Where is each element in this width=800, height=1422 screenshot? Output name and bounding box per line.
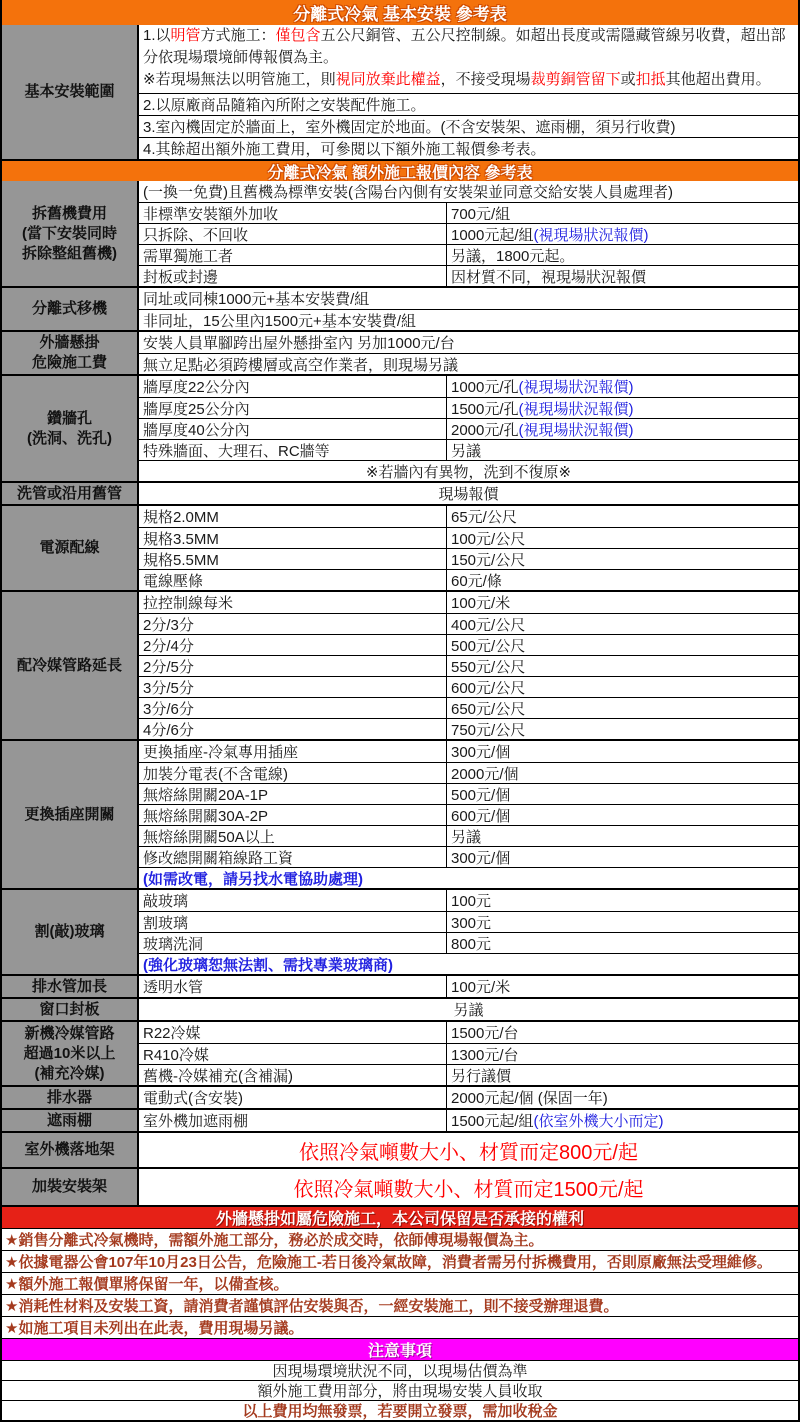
section-label: 排水器 xyxy=(2,1087,139,1108)
table-row: 規格2.0MM65元/公尺 xyxy=(139,506,798,527)
danger-disclaimer-banner: 外牆懸掛如屬危險施工，本公司保留是否承接的權利 xyxy=(2,1205,798,1228)
section-label-line: 割(敲)玻璃 xyxy=(35,922,105,942)
section-label: 排水管加長 xyxy=(2,976,139,997)
table-row: 3分/6分650元/公尺 xyxy=(139,697,798,718)
table-row: 修改總開關箱線路工資300元/個 xyxy=(139,846,798,867)
table-section: 電源配線規格2.0MM65元/公尺規格3.5MM100元/公尺規格5.5MM15… xyxy=(2,504,798,590)
table-row: 2分/4分500元/公尺 xyxy=(139,634,798,655)
section-label-line: 新機冷媒管路 xyxy=(24,1024,114,1044)
table-row: 另議 xyxy=(139,999,798,1020)
item-cell: 割玻璃 xyxy=(139,912,447,932)
text-segment: (視現場狀況報價) xyxy=(519,376,634,397)
section-label-line: (洗洞、洗孔) xyxy=(27,429,112,449)
section-rows: R22冷媒1500元/台R410冷媒1300元/台舊機-冷媒補充(含補漏)另行議… xyxy=(139,1022,798,1085)
star-note: ★如施工項目未列出在此表，費用現場另議。 xyxy=(2,1316,798,1338)
basic-install-table: 基本安裝範圍1.以明管方式施工：僅包含五公尺銅管、五公尺控制線。如超出長度或需隱… xyxy=(2,25,798,159)
section-rows: 電動式(含安裝)2000元起/個 (保固一年) xyxy=(139,1087,798,1108)
item-cell: 規格5.5MM xyxy=(139,549,447,569)
footer-note: 額外施工費用部分，將由現場安裝人員收取 xyxy=(2,1380,798,1400)
price-cell: 1500元/孔(視現場狀況報價) xyxy=(447,398,798,419)
text-segment: 1.以 xyxy=(143,27,171,44)
section-rows: 同址或同棟1000元+基本安裝費/組非同址，15公里內1500元+基本安裝費/組 xyxy=(139,288,798,330)
item-cell: 封板或封邊 xyxy=(139,266,447,286)
section-label-line: 拆除整組舊機) xyxy=(22,244,117,264)
section-label: 電源配線 xyxy=(2,506,139,590)
table-row: 電動式(含安裝)2000元起/個 (保固一年) xyxy=(139,1087,798,1108)
text-segment: (強化玻璃恕無法割、需找專業玻璃商) xyxy=(143,954,393,975)
section-label-line: (當下安裝同時 xyxy=(22,224,117,244)
table-row: 只拆除、不回收1000元起/組 (視現場狀況報價) xyxy=(139,223,798,244)
table-row: 需單獨施工者另議，1800元起。 xyxy=(139,244,798,265)
section-label-line: 基本安裝範圍 xyxy=(24,82,114,102)
item-cell: 規格3.5MM xyxy=(139,528,447,548)
text-segment: 600元/公尺 xyxy=(451,677,525,698)
text-segment: 割玻璃 xyxy=(143,912,188,932)
section-label: 室外機落地架 xyxy=(2,1133,139,1167)
price-cell: 550元/公尺 xyxy=(447,656,798,677)
table-row: 無熔絲開關20A-1P500元/個 xyxy=(139,783,798,804)
price-cell: 另議，1800元起。 xyxy=(447,245,798,266)
table-row: 電線壓條60元/條 xyxy=(139,569,798,590)
table-section: 加裝安裝架依照冷氣噸數大小、材質而定1500元/起 xyxy=(2,1167,798,1205)
table-row: 加裝分電表(不含電線)2000元/個 xyxy=(139,762,798,783)
price-cell: 500元/公尺 xyxy=(447,635,798,656)
text-segment: 舊機-冷媒補充(含補漏) xyxy=(143,1065,293,1085)
item-cell: 非標準安裝額外加收 xyxy=(139,203,447,223)
footer-notes: 因現場環境狀況不同，以現場估價為準額外施工費用部分，將由現場安裝人員收取以上費用… xyxy=(2,1360,798,1420)
text-segment: 800元 xyxy=(451,933,491,954)
text-segment: 無熔絲開關30A-2P xyxy=(143,805,268,825)
text-segment: (如需改電，請另找水電協助處理) xyxy=(143,868,363,889)
table-section: 排水管加長透明水管100元/米 xyxy=(2,974,798,997)
section-label-line: (補充冷媒) xyxy=(35,1064,105,1084)
table-row: 特殊牆面、大理石、RC牆等另議 xyxy=(139,439,798,460)
text-segment: 其他超出費用。 xyxy=(666,71,771,88)
extra-work-table: 拆舊機費用(當下安裝同時拆除整組舊機)(一換一免費)且舊機為標準安裝(含陽台內側… xyxy=(2,181,798,1205)
text-segment: 規格2.0MM xyxy=(143,506,219,527)
table-row: 舊機-冷媒補充(含補漏)另行議價 xyxy=(139,1064,798,1085)
table-row: 玻璃洗洞800元 xyxy=(139,932,798,953)
text-segment: 300元 xyxy=(451,912,491,933)
section-label-line: 窗口封板 xyxy=(39,1000,99,1020)
text-segment: 1500元/台 xyxy=(451,1022,519,1043)
text-segment: 2.以原廠商品隨箱內所附之安裝配件施工。 xyxy=(143,94,426,115)
item-cell: 更換插座-冷氣專用插座 xyxy=(139,741,447,762)
section-rows: 1.以明管方式施工：僅包含五公尺銅管、五公尺控制線。如超出長度或需隱藏管線另收費… xyxy=(139,25,798,159)
star-notes-list: ★銷售分離式冷氣機時，需額外施工部分，務必於成交時，依師傅現場報價為主。★依據電… xyxy=(2,1228,798,1338)
text-segment: 2000元/個 xyxy=(451,763,519,784)
text-segment: 同址或同棟1000元+基本安裝費/組 xyxy=(143,288,369,309)
item-cell: 牆厚度25公分內 xyxy=(139,398,447,418)
text-segment: 更換插座-冷氣專用插座 xyxy=(143,741,298,762)
item-cell: 牆厚度22公分內 xyxy=(139,376,447,397)
text-segment: 依照冷氣噸數大小、材質而定1500元/起 xyxy=(293,1173,643,1202)
price-cell: 因材質不同，視現場狀況報價 xyxy=(447,266,798,287)
text-segment: (依室外機大小而定) xyxy=(534,1110,664,1131)
text-segment: 電線壓條 xyxy=(143,570,203,590)
text-segment: 牆厚度25公分內 xyxy=(143,398,250,418)
section-label-line: 更換插座開關 xyxy=(24,805,114,825)
text-segment: 100元/米 xyxy=(451,592,510,613)
text-segment: 另議 xyxy=(451,826,481,847)
table-section: 窗口封板另議 xyxy=(2,997,798,1020)
item-cell: 拉控制線每米 xyxy=(139,592,447,613)
price-cell: 60元/條 xyxy=(447,570,798,591)
text-segment: 2分/5分 xyxy=(143,656,194,676)
item-cell: 只拆除、不回收 xyxy=(139,224,447,244)
section-label-line: 危險施工費 xyxy=(32,353,107,373)
text-segment: 方式施工： xyxy=(201,27,276,44)
section-label: 更換插座開關 xyxy=(2,741,139,888)
table-row: 現場報價 xyxy=(139,483,798,504)
text-segment: 加裝分電表(不含電線) xyxy=(143,763,288,783)
section-rows: 透明水管100元/米 xyxy=(139,976,798,997)
table-row: 安裝人員單腳跨出屋外懸掛室內 另加1000元/台 xyxy=(139,332,798,353)
table-row: 同址或同棟1000元+基本安裝費/組 xyxy=(139,288,798,309)
text-segment: 3分/6分 xyxy=(143,698,194,718)
text-segment: 4.其餘超出額外施工費用，可參閱以下額外施工報價參考表。 xyxy=(143,138,546,159)
star-note: ★依據電器公會107年10月23日公告，危險施工-若日後冷氣故障，消費者需另付拆… xyxy=(2,1250,798,1272)
text-segment: 100元 xyxy=(451,890,491,911)
text-segment: 因材質不同，視現場狀況報價 xyxy=(451,266,646,287)
item-cell: 規格2.0MM xyxy=(139,506,447,527)
section-label: 鑽牆孔(洗洞、洗孔) xyxy=(2,376,139,481)
text-segment: 1500元起/組 xyxy=(451,1110,534,1131)
section-rows: 規格2.0MM65元/公尺規格3.5MM100元/公尺規格5.5MM150元/公… xyxy=(139,506,798,590)
table-row: (一換一免費)且舊機為標準安裝(含陽台內側有安裝架並同意交給安裝人員處理者) xyxy=(139,181,798,202)
table-row: 規格3.5MM100元/公尺 xyxy=(139,527,798,548)
section-rows: 另議 xyxy=(139,999,798,1020)
price-cell: 2000元起/個 (保固一年) xyxy=(447,1087,798,1108)
text-segment: 另行議價 xyxy=(451,1065,511,1086)
table-row: 規格5.5MM150元/公尺 xyxy=(139,548,798,569)
table-row: 依照冷氣噸數大小、材質而定1500元/起 xyxy=(139,1169,798,1205)
section-rows: 更換插座-冷氣專用插座300元/個加裝分電表(不含電線)2000元/個無熔絲開關… xyxy=(139,741,798,888)
text-segment: (視現場狀況報價) xyxy=(519,419,634,440)
price-cell: 500元/個 xyxy=(447,784,798,805)
text-segment: 非標準安裝額外加收 xyxy=(143,203,278,223)
table-row: 牆厚度40公分內2000元/孔(視現場狀況報價) xyxy=(139,418,798,439)
price-sheet: 分離式冷氣 基本安裝 參考表 基本安裝範圍1.以明管方式施工：僅包含五公尺銅管、… xyxy=(0,0,800,1422)
table-section: 洗管或沿用舊管現場報價 xyxy=(2,481,798,504)
text-segment: 700元/組 xyxy=(451,203,510,224)
text-segment: 2分/3分 xyxy=(143,614,194,634)
text-segment: 300元/個 xyxy=(451,741,510,762)
section-label-line: 外牆懸掛 xyxy=(39,333,99,353)
text-segment: 2分/4分 xyxy=(143,635,194,655)
table-row: 拉控制線每米100元/米 xyxy=(139,592,798,613)
price-cell: 1300元/台 xyxy=(447,1044,798,1065)
item-cell: 玻璃洗洞 xyxy=(139,933,447,953)
text-segment: 60元/條 xyxy=(451,570,502,591)
table-row: 依照冷氣噸數大小、材質而定800元/起 xyxy=(139,1133,798,1167)
text-segment: ，不接受現場 xyxy=(441,71,531,88)
text-segment: 非同址，15公里內1500元+基本安裝費/組 xyxy=(143,310,416,331)
text-segment: 500元/個 xyxy=(451,784,510,805)
text-segment: 無熔絲開關50A以上 xyxy=(143,826,275,846)
text-segment: 敲玻璃 xyxy=(143,890,188,911)
price-cell: 300元/個 xyxy=(447,847,798,868)
text-segment: 規格3.5MM xyxy=(143,528,219,548)
text-segment: 100元/公尺 xyxy=(451,528,525,549)
price-cell: 300元 xyxy=(447,912,798,933)
table-section: 基本安裝範圍1.以明管方式施工：僅包含五公尺銅管、五公尺控制線。如超出長度或需隱… xyxy=(2,25,798,159)
item-cell: 室外機加遮雨棚 xyxy=(139,1110,447,1131)
text-segment: 牆厚度40公分內 xyxy=(143,419,250,439)
price-cell: 100元/米 xyxy=(447,976,798,997)
star-note: ★額外施工報價單將保留一年，以備查核。 xyxy=(2,1272,798,1294)
footer-note: 以上費用均無發票，若要開立發票，需加收稅金 xyxy=(2,1400,798,1420)
table-section: 割(敲)玻璃敲玻璃100元割玻璃300元玻璃洗洞800元(強化玻璃恕無法割、需找… xyxy=(2,888,798,974)
text-segment: 100元/米 xyxy=(451,976,510,997)
text-segment: 另議，1800元起。 xyxy=(451,245,574,266)
item-cell: 敲玻璃 xyxy=(139,890,447,911)
text-segment: 依照冷氣噸數大小、材質而定800元/起 xyxy=(299,1136,638,1165)
price-cell: 100元 xyxy=(447,890,798,911)
price-cell: 600元/個 xyxy=(447,805,798,826)
table-row: R22冷媒1500元/台 xyxy=(139,1022,798,1043)
price-cell: 1000元起/組 (視現場狀況報價) xyxy=(447,224,798,245)
price-cell: 400元/公尺 xyxy=(447,614,798,635)
section-label-line: 電源配線 xyxy=(39,538,99,558)
attention-banner: 注意事項 xyxy=(2,1338,798,1360)
table-row: 無立足點必須跨樓層或高空作業者，則現場另議 xyxy=(139,353,798,374)
text-segment: 600元/個 xyxy=(451,805,510,826)
text-segment: 明管 xyxy=(171,27,201,44)
table-section: 更換插座開關更換插座-冷氣專用插座300元/個加裝分電表(不含電線)2000元/… xyxy=(2,739,798,888)
text-segment: 300元/個 xyxy=(451,847,510,868)
price-cell: 600元/公尺 xyxy=(447,677,798,698)
price-cell: 100元/公尺 xyxy=(447,528,798,549)
text-segment: 裁剪銅管留下 xyxy=(531,71,621,88)
table-row: 1.以明管方式施工：僅包含五公尺銅管、五公尺控制線。如超出長度或需隱藏管線另收費… xyxy=(139,25,798,93)
table-row: 2分/3分400元/公尺 xyxy=(139,613,798,634)
table-section: 排水器電動式(含安裝)2000元起/個 (保固一年) xyxy=(2,1085,798,1108)
price-cell: 800元 xyxy=(447,933,798,954)
text-segment: 500元/公尺 xyxy=(451,635,525,656)
text-segment: 另議 xyxy=(453,999,483,1020)
table-row: (如需改電，請另找水電協助處理) xyxy=(139,867,798,888)
item-cell: 2分/3分 xyxy=(139,614,447,634)
table-row: (強化玻璃恕無法割、需找專業玻璃商) xyxy=(139,953,798,974)
section-label: 窗口封板 xyxy=(2,999,139,1020)
table-row: 4分/6分750元/公尺 xyxy=(139,718,798,739)
text-segment: 只拆除、不回收 xyxy=(143,224,248,244)
table-row: 無熔絲開關30A-2P600元/個 xyxy=(139,804,798,825)
table-row: R410冷媒1300元/台 xyxy=(139,1043,798,1064)
section-label-line: 配冷媒管路延長 xyxy=(17,656,122,676)
text-segment: 電動式(含安裝) xyxy=(143,1087,243,1108)
section-rows: 牆厚度22公分內1000元/孔(視現場狀況報價)牆厚度25公分內1500元/孔(… xyxy=(139,376,798,481)
table-row: 更換插座-冷氣專用插座300元/個 xyxy=(139,741,798,762)
table-section: 分離式移機同址或同棟1000元+基本安裝費/組非同址，15公里內1500元+基本… xyxy=(2,286,798,330)
price-cell: 100元/米 xyxy=(447,592,798,613)
section-label: 新機冷媒管路超過10米以上(補充冷媒) xyxy=(2,1022,139,1085)
text-segment: 需單獨施工者 xyxy=(143,245,233,265)
table-row: 室外機加遮雨棚1500元起/組 (依室外機大小而定) xyxy=(139,1110,798,1131)
item-cell: 舊機-冷媒補充(含補漏) xyxy=(139,1065,447,1085)
section-label-line: 超過10米以上 xyxy=(24,1044,116,1064)
section-label: 拆舊機費用(當下安裝同時拆除整組舊機) xyxy=(2,181,139,286)
price-cell: 2000元/孔(視現場狀況報價) xyxy=(447,419,798,440)
text-segment: 1300元/台 xyxy=(451,1044,519,1065)
price-cell: 650元/公尺 xyxy=(447,698,798,719)
section-label: 基本安裝範圍 xyxy=(2,25,139,159)
text-segment: 無立足點必須跨樓層或高空作業者，則現場另議 xyxy=(143,354,458,375)
item-cell: 2分/4分 xyxy=(139,635,447,655)
item-cell: R410冷媒 xyxy=(139,1044,447,1064)
price-cell: 750元/公尺 xyxy=(447,719,798,740)
section-label: 外牆懸掛危險施工費 xyxy=(2,332,139,374)
section-label-line: 遮雨棚 xyxy=(47,1111,92,1131)
table-section: 外牆懸掛危險施工費安裝人員單腳跨出屋外懸掛室內 另加1000元/台無立足點必須跨… xyxy=(2,330,798,374)
section-rows: 現場報價 xyxy=(139,483,798,504)
table-row: 3分/5分600元/公尺 xyxy=(139,676,798,697)
section-label-line: 排水器 xyxy=(47,1088,92,1108)
text-segment: ※若牆內有異物，洗到不復原※ xyxy=(366,461,571,482)
text-segment: 3分/5分 xyxy=(143,677,194,697)
text-segment: (視現場狀況報價) xyxy=(519,398,634,419)
section-label-line: 室外機落地架 xyxy=(24,1140,114,1160)
item-cell: 無熔絲開關20A-1P xyxy=(139,784,447,804)
item-cell: 無熔絲開關30A-2P xyxy=(139,805,447,825)
section-label-line: 加裝安裝架 xyxy=(32,1177,107,1197)
price-cell: 2000元/個 xyxy=(447,763,798,784)
text-segment: R22冷媒 xyxy=(143,1022,201,1043)
item-cell: 修改總開關箱線路工資 xyxy=(139,847,447,867)
section-label: 割(敲)玻璃 xyxy=(2,890,139,974)
text-segment: 封板或封邊 xyxy=(143,266,218,286)
text-segment: 牆厚度22公分內 xyxy=(143,376,250,397)
section-label: 加裝安裝架 xyxy=(2,1169,139,1205)
table-row: 非標準安裝額外加收700元/組 xyxy=(139,202,798,223)
section-label-line: 排水管加長 xyxy=(32,977,107,997)
section-label: 配冷媒管路延長 xyxy=(2,592,139,739)
extra-work-header: 分離式冷氣 額外施工報價內容 參考表 xyxy=(2,159,798,181)
text-segment: 750元/公尺 xyxy=(451,719,525,740)
item-cell: 電動式(含安裝) xyxy=(139,1087,447,1108)
price-cell: 另議 xyxy=(447,826,798,847)
section-label-line: 鑽牆孔 xyxy=(47,409,92,429)
item-cell: R22冷媒 xyxy=(139,1022,447,1043)
item-cell: 3分/6分 xyxy=(139,698,447,718)
text-segment: 玻璃洗洞 xyxy=(143,933,203,953)
footer-note: 因現場環境狀況不同，以現場估價為準 xyxy=(2,1360,798,1380)
table-row: 4.其餘超出額外施工費用，可參閱以下額外施工報價參考表。 xyxy=(139,137,798,159)
text-segment: 規格5.5MM xyxy=(143,549,219,569)
text-segment: 透明水管 xyxy=(143,976,203,997)
star-note: ★消耗性材料及安裝工資，請消費者謹慎評估安裝與否，一經安裝施工，則不接受辦理退費… xyxy=(2,1294,798,1316)
section-label-line: 拆舊機費用 xyxy=(32,204,107,224)
text-segment: 視同放棄此權益 xyxy=(336,71,441,88)
table-section: 配冷媒管路延長拉控制線每米100元/米2分/3分400元/公尺2分/4分500元… xyxy=(2,590,798,739)
price-cell: 1500元/台 xyxy=(447,1022,798,1043)
item-cell: 特殊牆面、大理石、RC牆等 xyxy=(139,440,447,460)
text-segment: 或 xyxy=(621,71,636,88)
table-section: 新機冷媒管路超過10米以上(補充冷媒)R22冷媒1500元/台R410冷媒130… xyxy=(2,1020,798,1085)
table-section: 鑽牆孔(洗洞、洗孔)牆厚度22公分內1000元/孔(視現場狀況報價)牆厚度25公… xyxy=(2,374,798,481)
table-row: 2分/5分550元/公尺 xyxy=(139,655,798,676)
price-cell: 150元/公尺 xyxy=(447,549,798,570)
text-segment: 650元/公尺 xyxy=(451,698,525,719)
table-section: 室外機落地架依照冷氣噸數大小、材質而定800元/起 xyxy=(2,1131,798,1167)
text-segment: 1500元/孔 xyxy=(451,398,519,419)
text-segment: 2000元起/個 (保固一年) xyxy=(451,1087,608,1108)
item-cell: 電線壓條 xyxy=(139,570,447,590)
section-label-line: 分離式移機 xyxy=(32,299,107,319)
text-segment: 無熔絲開關20A-1P xyxy=(143,784,268,804)
item-cell: 加裝分電表(不含電線) xyxy=(139,763,447,783)
text-segment: 150元/公尺 xyxy=(451,549,525,570)
table-row: 無熔絲開關50A以上另議 xyxy=(139,825,798,846)
item-cell: 牆厚度40公分內 xyxy=(139,419,447,439)
table-row: 3.室內機固定於牆面上，室外機固定於地面。(不含安裝架、遮雨棚，須另行收費) xyxy=(139,115,798,137)
text-segment: 4分/6分 xyxy=(143,719,194,739)
table-row: 透明水管100元/米 xyxy=(139,976,798,997)
table-row: 非同址，15公里內1500元+基本安裝費/組 xyxy=(139,309,798,330)
text-segment: R410冷媒 xyxy=(143,1044,209,1064)
section-rows: 拉控制線每米100元/米2分/3分400元/公尺2分/4分500元/公尺2分/5… xyxy=(139,592,798,739)
price-cell: 另議 xyxy=(447,440,798,461)
price-cell: 另行議價 xyxy=(447,1065,798,1086)
price-cell: 300元/個 xyxy=(447,741,798,762)
section-label: 遮雨棚 xyxy=(2,1110,139,1131)
price-cell: 1500元起/組 (依室外機大小而定) xyxy=(447,1110,798,1131)
text-segment: 現場報價 xyxy=(438,483,498,504)
basic-install-header: 分離式冷氣 基本安裝 參考表 xyxy=(2,0,798,25)
section-label-line: 洗管或沿用舊管 xyxy=(17,484,122,504)
table-section: 拆舊機費用(當下安裝同時拆除整組舊機)(一換一免費)且舊機為標準安裝(含陽台內側… xyxy=(2,181,798,286)
section-label: 洗管或沿用舊管 xyxy=(2,483,139,504)
table-row: 2.以原廠商品隨箱內所附之安裝配件施工。 xyxy=(139,93,798,115)
text-segment: (視現場狀況報價) xyxy=(534,224,649,245)
table-row: 牆厚度22公分內1000元/孔(視現場狀況報價) xyxy=(139,376,798,397)
text-segment: 另議 xyxy=(451,440,481,461)
table-row: 割玻璃300元 xyxy=(139,911,798,932)
table-row: ※若牆內有異物，洗到不復原※ xyxy=(139,460,798,481)
text-segment: 400元/公尺 xyxy=(451,614,525,635)
price-cell: 65元/公尺 xyxy=(447,506,798,527)
star-note: ★銷售分離式冷氣機時，需額外施工部分，務必於成交時，依師傅現場報價為主。 xyxy=(2,1228,798,1250)
table-section: 遮雨棚室外機加遮雨棚1500元起/組 (依室外機大小而定) xyxy=(2,1108,798,1131)
text-segment: 修改總開關箱線路工資 xyxy=(143,847,293,867)
text-segment: 室外機加遮雨棚 xyxy=(143,1110,248,1131)
text-segment: 1000元/孔 xyxy=(451,376,519,397)
item-cell: 4分/6分 xyxy=(139,719,447,739)
text-segment: 550元/公尺 xyxy=(451,656,525,677)
section-rows: 敲玻璃100元割玻璃300元玻璃洗洞800元(強化玻璃恕無法割、需找專業玻璃商) xyxy=(139,890,798,974)
text-segment: 3.室內機固定於牆面上，室外機固定於地面。(不含安裝架、遮雨棚，須另行收費) xyxy=(143,116,676,137)
price-cell: 1000元/孔(視現場狀況報價) xyxy=(447,376,798,397)
item-cell: 3分/5分 xyxy=(139,677,447,697)
text-segment: 2000元/孔 xyxy=(451,419,519,440)
section-label: 分離式移機 xyxy=(2,288,139,330)
section-rows: 依照冷氣噸數大小、材質而定1500元/起 xyxy=(139,1169,798,1205)
table-row: 封板或封邊因材質不同，視現場狀況報價 xyxy=(139,265,798,286)
item-cell: 2分/5分 xyxy=(139,656,447,676)
item-cell: 無熔絲開關50A以上 xyxy=(139,826,447,846)
section-rows: 安裝人員單腳跨出屋外懸掛室內 另加1000元/台無立足點必須跨樓層或高空作業者，… xyxy=(139,332,798,374)
table-row: 牆厚度25公分內1500元/孔(視現場狀況報價) xyxy=(139,397,798,418)
text-segment: 扣抵 xyxy=(636,71,666,88)
text-segment: (一換一免費)且舊機為標準安裝(含陽台內側有安裝架並同意交給安裝人員處理者) xyxy=(143,181,673,202)
section-rows: 依照冷氣噸數大小、材質而定800元/起 xyxy=(139,1133,798,1167)
section-rows: 室外機加遮雨棚1500元起/組 (依室外機大小而定) xyxy=(139,1110,798,1131)
section-rows: (一換一免費)且舊機為標準安裝(含陽台內側有安裝架並同意交給安裝人員處理者)非標… xyxy=(139,181,798,286)
text-segment: 1000元起/組 xyxy=(451,224,534,245)
item-cell: 透明水管 xyxy=(139,976,447,997)
text-segment: 65元/公尺 xyxy=(451,506,517,527)
